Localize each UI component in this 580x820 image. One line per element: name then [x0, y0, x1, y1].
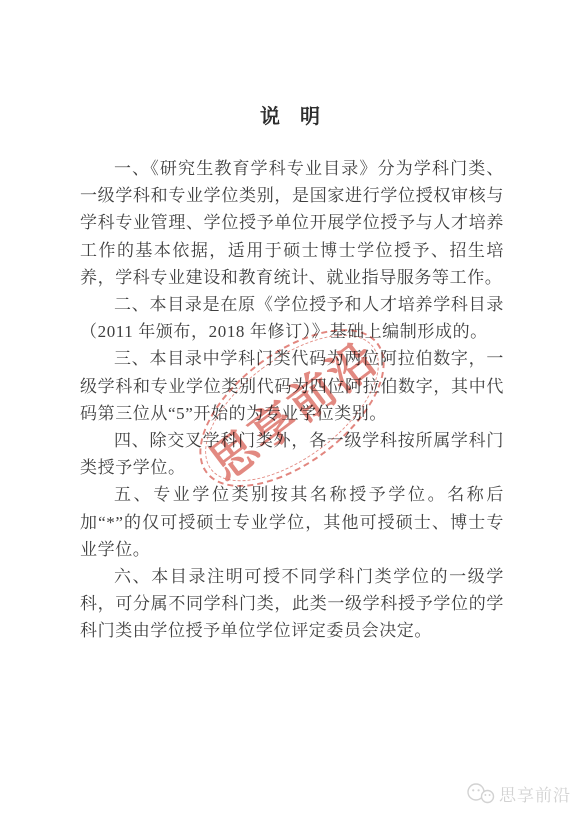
page-title: 说 明: [0, 100, 580, 129]
paragraph-5: 五、专业学位类别按其名称授予学位。名称后加“*”的仅可授硕士专业学位，其他可授硕…: [80, 481, 504, 563]
footer-watermark-text: 思享前沿: [499, 781, 571, 806]
paragraph-1: 一、《研究生教育学科专业目录》分为学科门类、一级学科和专业学位类别，是国家进行学…: [80, 155, 504, 291]
document-page: 说 明 一、《研究生教育学科专业目录》分为学科门类、一级学科和专业学位类别，是国…: [0, 0, 580, 820]
footer-watermark: 思享前沿: [466, 781, 571, 806]
wechat-icon: [466, 782, 495, 805]
paragraph-2: 二、本目录是在原《学位授予和人才培养学科目录（2011 年颁布，2018 年修订…: [80, 291, 504, 345]
paragraph-3: 三、本目录中学科门类代码为两位阿拉伯数字，一级学科和专业学位类别代码为四位阿拉伯…: [80, 345, 504, 427]
document-body: 一、《研究生教育学科专业目录》分为学科门类、一级学科和专业学位类别，是国家进行学…: [80, 155, 504, 645]
paragraph-4: 四、除交叉学科门类外，各一级学科按所属学科门类授予学位。: [80, 427, 504, 481]
paragraph-6: 六、本目录注明可授不同学科门类学位的一级学科，可分属不同学科门类，此类一级学科授…: [80, 563, 504, 645]
